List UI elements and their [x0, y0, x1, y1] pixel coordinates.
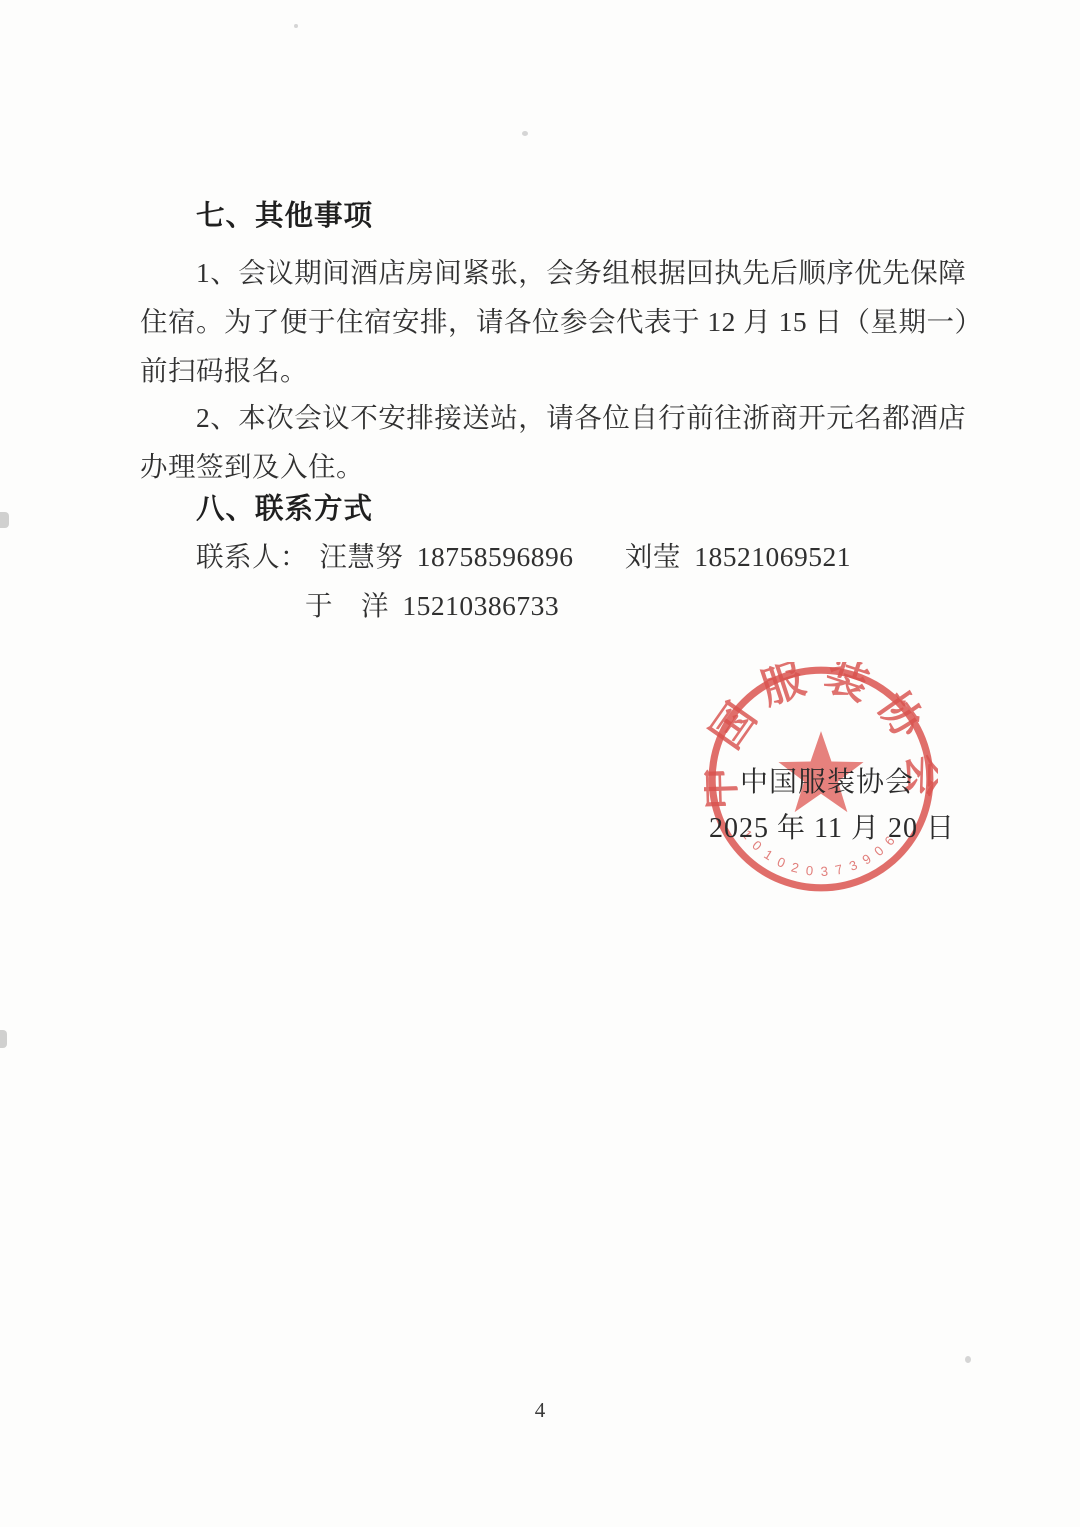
- contact-line-1: 联系人： 汪慧努 18758596896 刘莹 18521069521: [196, 534, 851, 574]
- contact-name: 汪慧努: [319, 534, 403, 574]
- paragraph-line: 住宿。为了便于住宿安排，请各位参会代表于 12 月 15 日（星期一）: [140, 299, 983, 339]
- contact-phone: 15210386733: [402, 590, 559, 622]
- scan-smudge: [0, 1030, 7, 1048]
- scan-speck: [965, 1356, 971, 1363]
- scan-speck: [294, 24, 298, 28]
- signature-organization: 中国服装协会: [740, 760, 914, 800]
- document-page: 七、其他事项 1、会议期间酒店房间紧张，会务组根据回执先后顺序优先保障 住宿。为…: [0, 0, 1080, 1527]
- paragraph-line: 2、本次会议不安排接送站，请各位自行前往浙商开元名都酒店: [196, 395, 966, 435]
- section-heading-other-matters: 七、其他事项: [196, 193, 373, 234]
- page-number: 4: [0, 1398, 1080, 1423]
- signature-date: 2025 年 11 月 20 日: [709, 806, 955, 846]
- paragraph-line: 前扫码报名。: [140, 348, 308, 388]
- contact-name: 刘莹: [625, 534, 681, 574]
- contact-line-2: 于 洋 15210386733: [305, 583, 559, 623]
- contact-name: 于 洋: [305, 583, 389, 623]
- paragraph-line: 1、会议期间酒店房间紧张，会务组根据回执先后顺序优先保障: [196, 250, 966, 290]
- paragraph-line: 办理签到及入住。: [140, 444, 364, 484]
- scan-smudge: [0, 512, 9, 528]
- section-heading-contact: 八、联系方式: [196, 486, 373, 527]
- scan-speck: [522, 131, 528, 136]
- contact-phone: 18758596896: [417, 541, 574, 573]
- contact-phone: 18521069521: [694, 541, 851, 573]
- contact-label: 联系人：: [196, 534, 308, 574]
